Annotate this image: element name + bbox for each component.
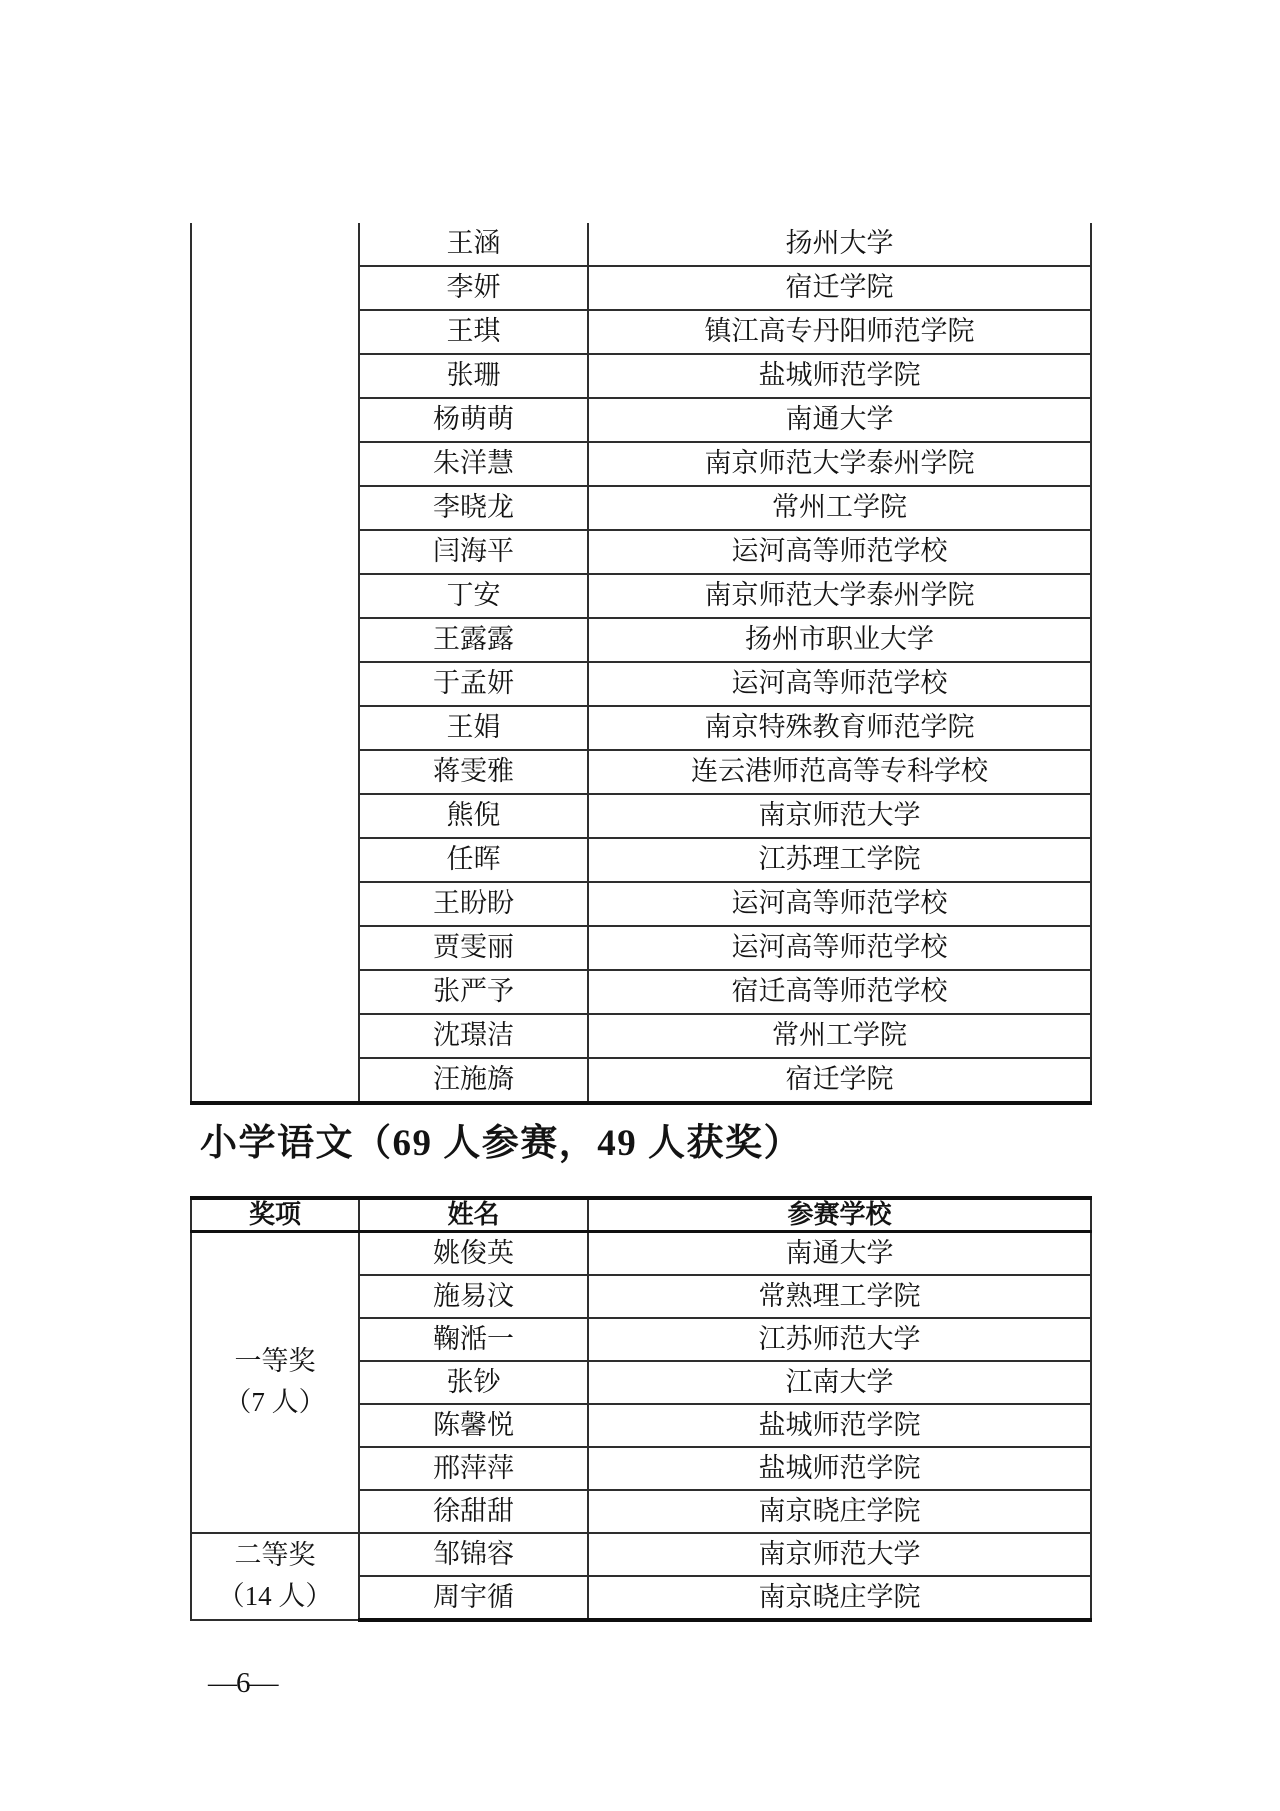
- name-cell: 李晓龙: [359, 486, 588, 530]
- name-cell: 蒋雯雅: [359, 750, 588, 794]
- school-cell: 常州工学院: [588, 486, 1091, 530]
- page-number: —6—: [208, 1666, 278, 1700]
- name-cell: 朱洋慧: [359, 442, 588, 486]
- school-cell: 宿迁学院: [588, 1058, 1091, 1103]
- name-cell: 王娟: [359, 706, 588, 750]
- name-cell: 杨萌萌: [359, 398, 588, 442]
- table-row: 一等奖（7 人）姚俊英南通大学: [191, 1231, 1091, 1275]
- header-award: 奖项: [191, 1198, 359, 1231]
- school-cell: 宿迁学院: [588, 266, 1091, 310]
- award-label: 一等奖: [192, 1341, 358, 1383]
- school-cell: 镇江高专丹阳师范学院: [588, 310, 1091, 354]
- name-cell: 王琪: [359, 310, 588, 354]
- header-school: 参赛学校: [588, 1198, 1091, 1231]
- school-cell: 南京师范大学泰州学院: [588, 442, 1091, 486]
- name-cell: 徐甜甜: [359, 1490, 588, 1533]
- table-row: 二等奖（14 人）邹锦容南京师范大学: [191, 1533, 1091, 1576]
- name-cell: 邹锦容: [359, 1533, 588, 1576]
- school-cell: 常熟理工学院: [588, 1275, 1091, 1318]
- name-cell: 施易汶: [359, 1275, 588, 1318]
- school-cell: 江苏师范大学: [588, 1318, 1091, 1361]
- name-cell: 闫海平: [359, 530, 588, 574]
- award-group-cell: 一等奖（7 人）: [191, 1231, 359, 1533]
- school-cell: 南京师范大学: [588, 794, 1091, 838]
- name-cell: 丁安: [359, 574, 588, 618]
- name-cell: 陈馨悦: [359, 1404, 588, 1447]
- school-cell: 南京晓庄学院: [588, 1576, 1091, 1620]
- school-cell: 宿迁高等师范学校: [588, 970, 1091, 1014]
- name-cell: 王盼盼: [359, 882, 588, 926]
- school-cell: 南通大学: [588, 1231, 1091, 1275]
- school-cell: 连云港师范高等专科学校: [588, 750, 1091, 794]
- name-cell: 张钞: [359, 1361, 588, 1404]
- name-cell: 熊倪: [359, 794, 588, 838]
- school-cell: 南京特殊教育师范学院: [588, 706, 1091, 750]
- header-name: 姓名: [359, 1198, 588, 1231]
- school-cell: 南通大学: [588, 398, 1091, 442]
- school-cell: 常州工学院: [588, 1014, 1091, 1058]
- award-count-label: （7 人）: [192, 1382, 358, 1424]
- award-label: 二等奖: [192, 1535, 358, 1577]
- name-cell: 汪施旖: [359, 1058, 588, 1103]
- school-cell: 江南大学: [588, 1361, 1091, 1404]
- continued-award-table: 王涵扬州大学李妍宿迁学院王琪镇江高专丹阳师范学院张珊盐城师范学院杨萌萌南通大学朱…: [190, 223, 1092, 1105]
- school-cell: 运河高等师范学校: [588, 662, 1091, 706]
- name-cell: 邢萍萍: [359, 1447, 588, 1490]
- award-count-label: （14 人）: [192, 1576, 358, 1618]
- name-cell: 周宇循: [359, 1576, 588, 1620]
- school-cell: 江苏理工学院: [588, 838, 1091, 882]
- name-cell: 沈璟洁: [359, 1014, 588, 1058]
- primary-school-chinese-award-table: 奖项 姓名 参赛学校 一等奖（7 人）姚俊英南通大学施易汶常熟理工学院鞠湉一江苏…: [190, 1196, 1092, 1622]
- school-cell: 运河高等师范学校: [588, 530, 1091, 574]
- section-heading: 小学语文（69 人参赛，49 人获奖）: [200, 1122, 802, 1166]
- name-cell: 于孟妍: [359, 662, 588, 706]
- name-cell: 张珊: [359, 354, 588, 398]
- award-group-cell: 二等奖（14 人）: [191, 1533, 359, 1620]
- school-cell: 南京晓庄学院: [588, 1490, 1091, 1533]
- school-cell: 盐城师范学院: [588, 354, 1091, 398]
- name-cell: 贾雯丽: [359, 926, 588, 970]
- name-cell: 鞠湉一: [359, 1318, 588, 1361]
- table-row: 王涵扬州大学: [191, 223, 1091, 266]
- name-cell: 王露露: [359, 618, 588, 662]
- name-cell: 张严予: [359, 970, 588, 1014]
- name-cell: 李妍: [359, 266, 588, 310]
- name-cell: 王涵: [359, 223, 588, 266]
- document-page: 王涵扬州大学李妍宿迁学院王琪镇江高专丹阳师范学院张珊盐城师范学院杨萌萌南通大学朱…: [0, 0, 1280, 1811]
- school-cell: 扬州大学: [588, 223, 1091, 266]
- school-cell: 扬州市职业大学: [588, 618, 1091, 662]
- school-cell: 运河高等师范学校: [588, 926, 1091, 970]
- school-cell: 运河高等师范学校: [588, 882, 1091, 926]
- school-cell: 南京师范大学泰州学院: [588, 574, 1091, 618]
- school-cell: 盐城师范学院: [588, 1404, 1091, 1447]
- award-cell-continued: [191, 223, 359, 1103]
- school-cell: 南京师范大学: [588, 1533, 1091, 1576]
- name-cell: 任晖: [359, 838, 588, 882]
- school-cell: 盐城师范学院: [588, 1447, 1091, 1490]
- header-row: 奖项 姓名 参赛学校: [191, 1198, 1091, 1231]
- name-cell: 姚俊英: [359, 1231, 588, 1275]
